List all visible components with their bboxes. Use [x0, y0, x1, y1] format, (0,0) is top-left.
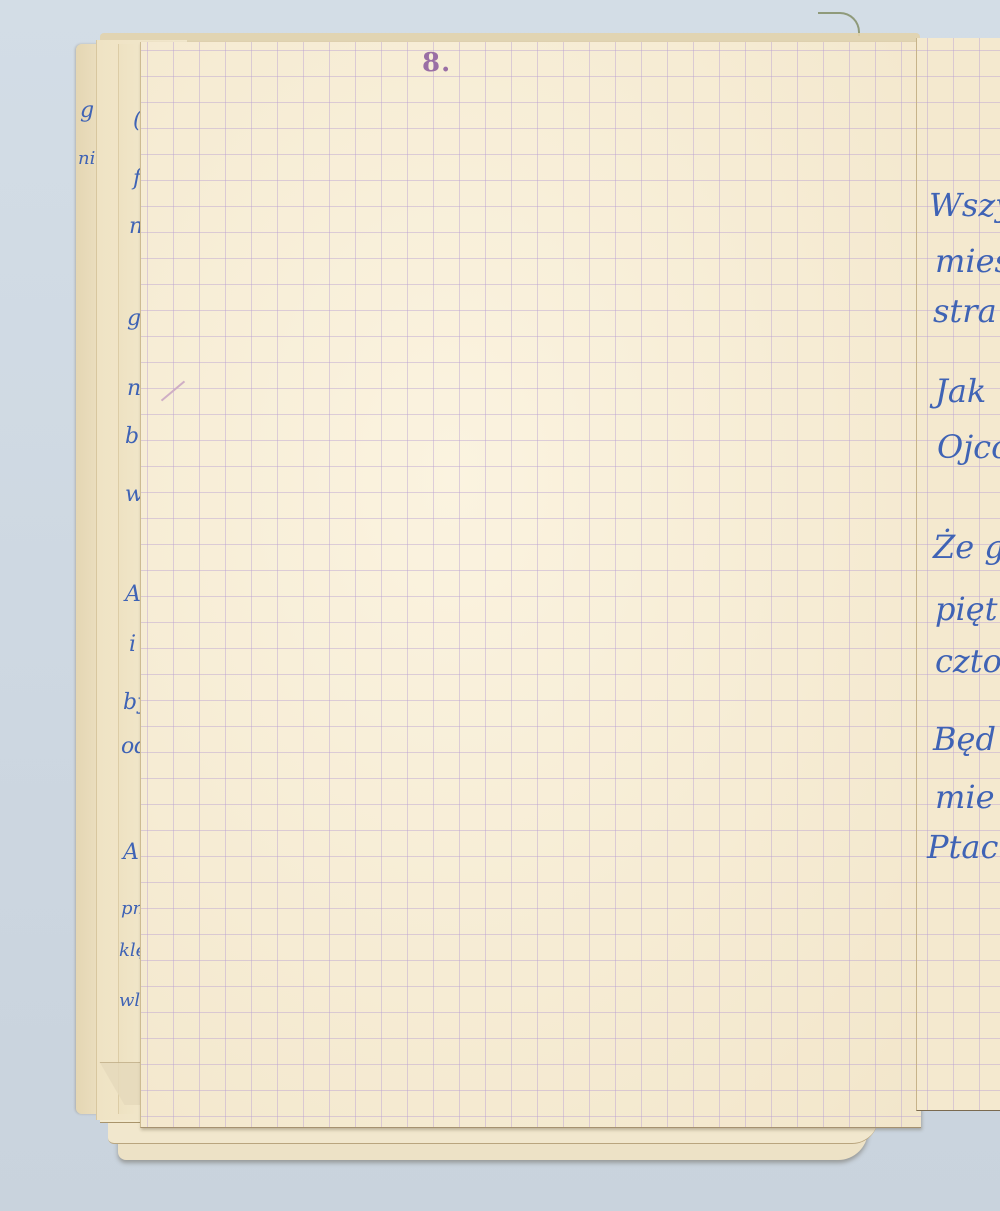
handwriting-line: mies	[935, 242, 1000, 280]
handwriting-fragment: g	[127, 306, 141, 331]
handwriting-fragment: g	[80, 98, 94, 123]
right-handwritten-page: Wszys mies stra Jak Ojco Że gd pięt czto…	[916, 38, 1000, 1111]
page-number: 8.	[422, 48, 451, 78]
handwriting-line: Jak	[935, 372, 986, 410]
handwriting-fragment: A	[123, 840, 139, 865]
handwriting-line: stra	[933, 292, 997, 330]
handwriting-line: czto	[935, 642, 1000, 680]
handwriting-line: pięt	[935, 590, 998, 628]
handwriting-line: Ptac	[927, 828, 998, 866]
handwriting-line: Będ	[933, 720, 996, 758]
blank-graph-paper-page	[140, 42, 921, 1128]
handwriting-fragment: i	[129, 632, 136, 657]
handwriting-line: Że gd	[933, 528, 1000, 566]
handwriting-line: Ojco	[937, 428, 1000, 466]
handwriting-line: mie	[935, 778, 995, 816]
handwriting-line: Wszys	[929, 186, 1000, 224]
handwriting-fragment: ni	[78, 148, 95, 169]
pencil-mark	[161, 381, 185, 402]
